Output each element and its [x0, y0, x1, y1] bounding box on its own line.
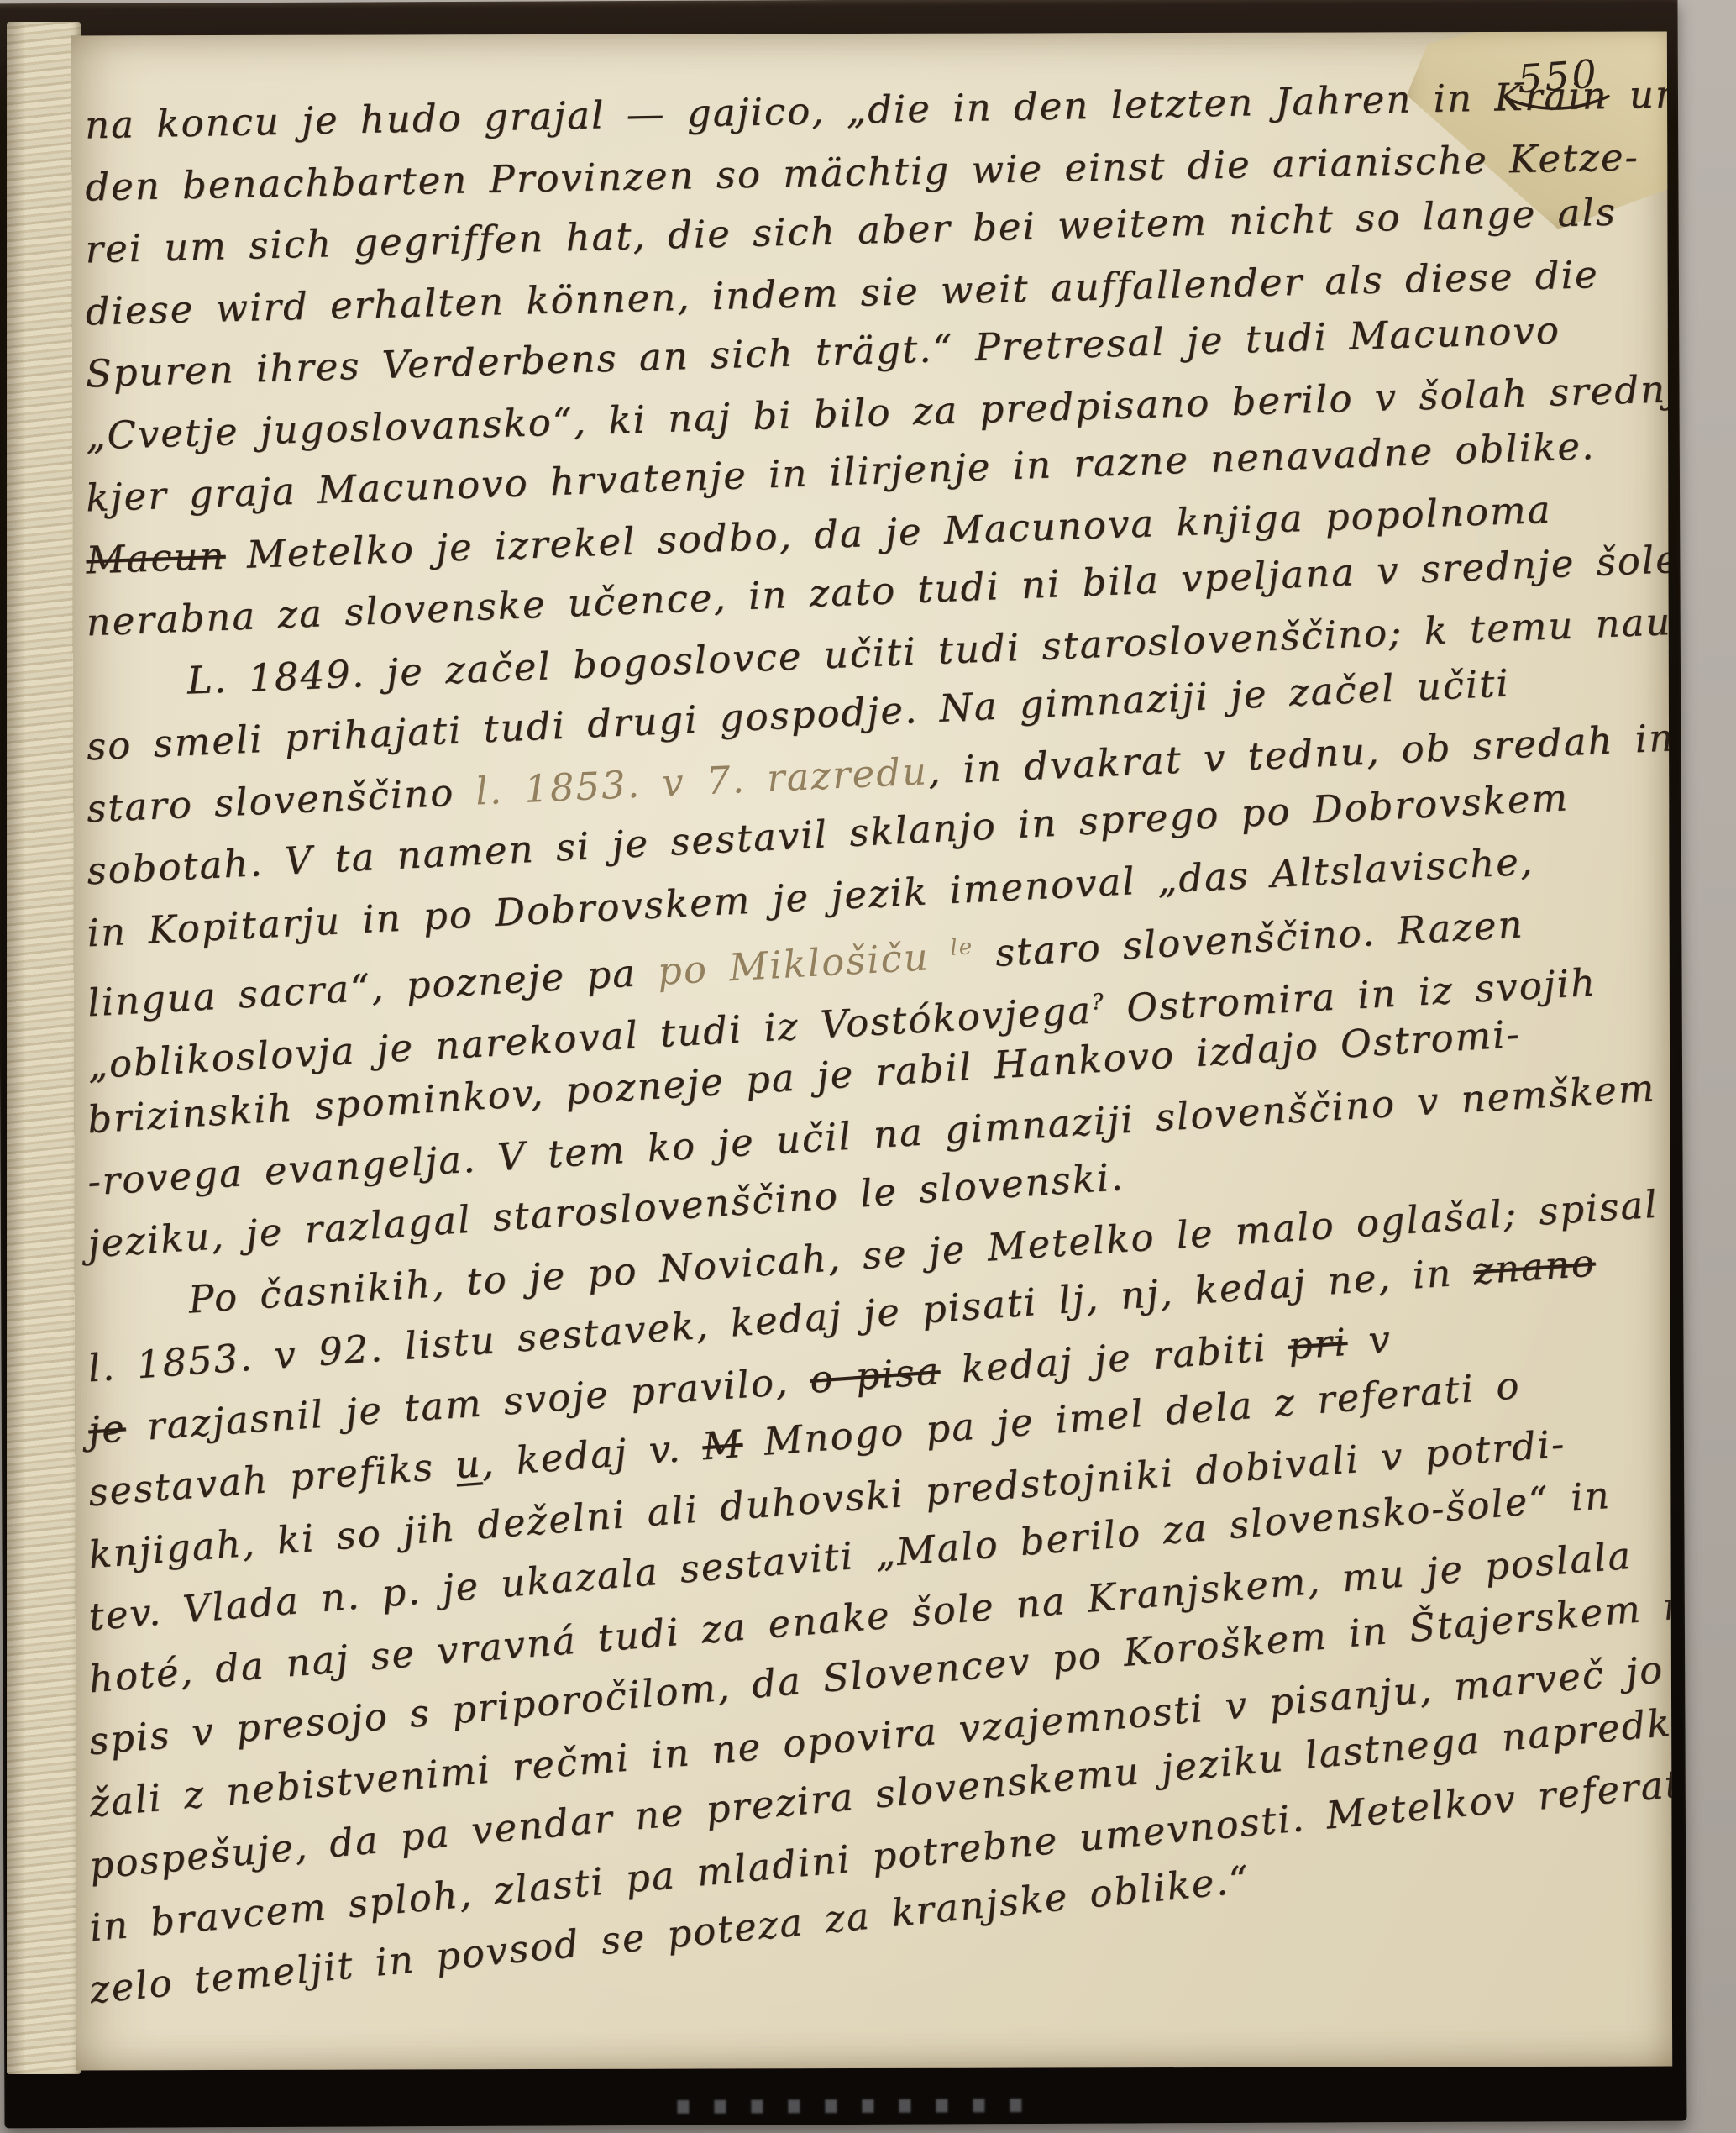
- struck-text: Macun: [86, 533, 227, 583]
- text-segment: v: [1345, 1316, 1392, 1364]
- struck-text: o pisa: [808, 1348, 941, 1402]
- text-segment: le: [950, 934, 974, 960]
- struck-text: je: [87, 1405, 127, 1453]
- page-edge-stack: [7, 22, 81, 2074]
- text-segment: u: [454, 1441, 483, 1487]
- manuscript-page: 550 na koncu je hudo grajal — gajico, „d…: [71, 32, 1672, 2071]
- manuscript-photo: { "colors": { "paper": "#e5dcc3", "paper…: [0, 0, 1736, 2133]
- struck-text: M: [700, 1421, 744, 1468]
- cover-scuff: [678, 2099, 1031, 2114]
- struck-text: znano: [1471, 1240, 1597, 1293]
- text-segment: staro slovenščino: [86, 770, 477, 832]
- struck-text: pri: [1287, 1320, 1349, 1369]
- manuscript-text-block: na koncu je hudo grajal — gajico, „die i…: [85, 91, 1672, 2022]
- text-segment: , kedaj v.: [480, 1424, 704, 1485]
